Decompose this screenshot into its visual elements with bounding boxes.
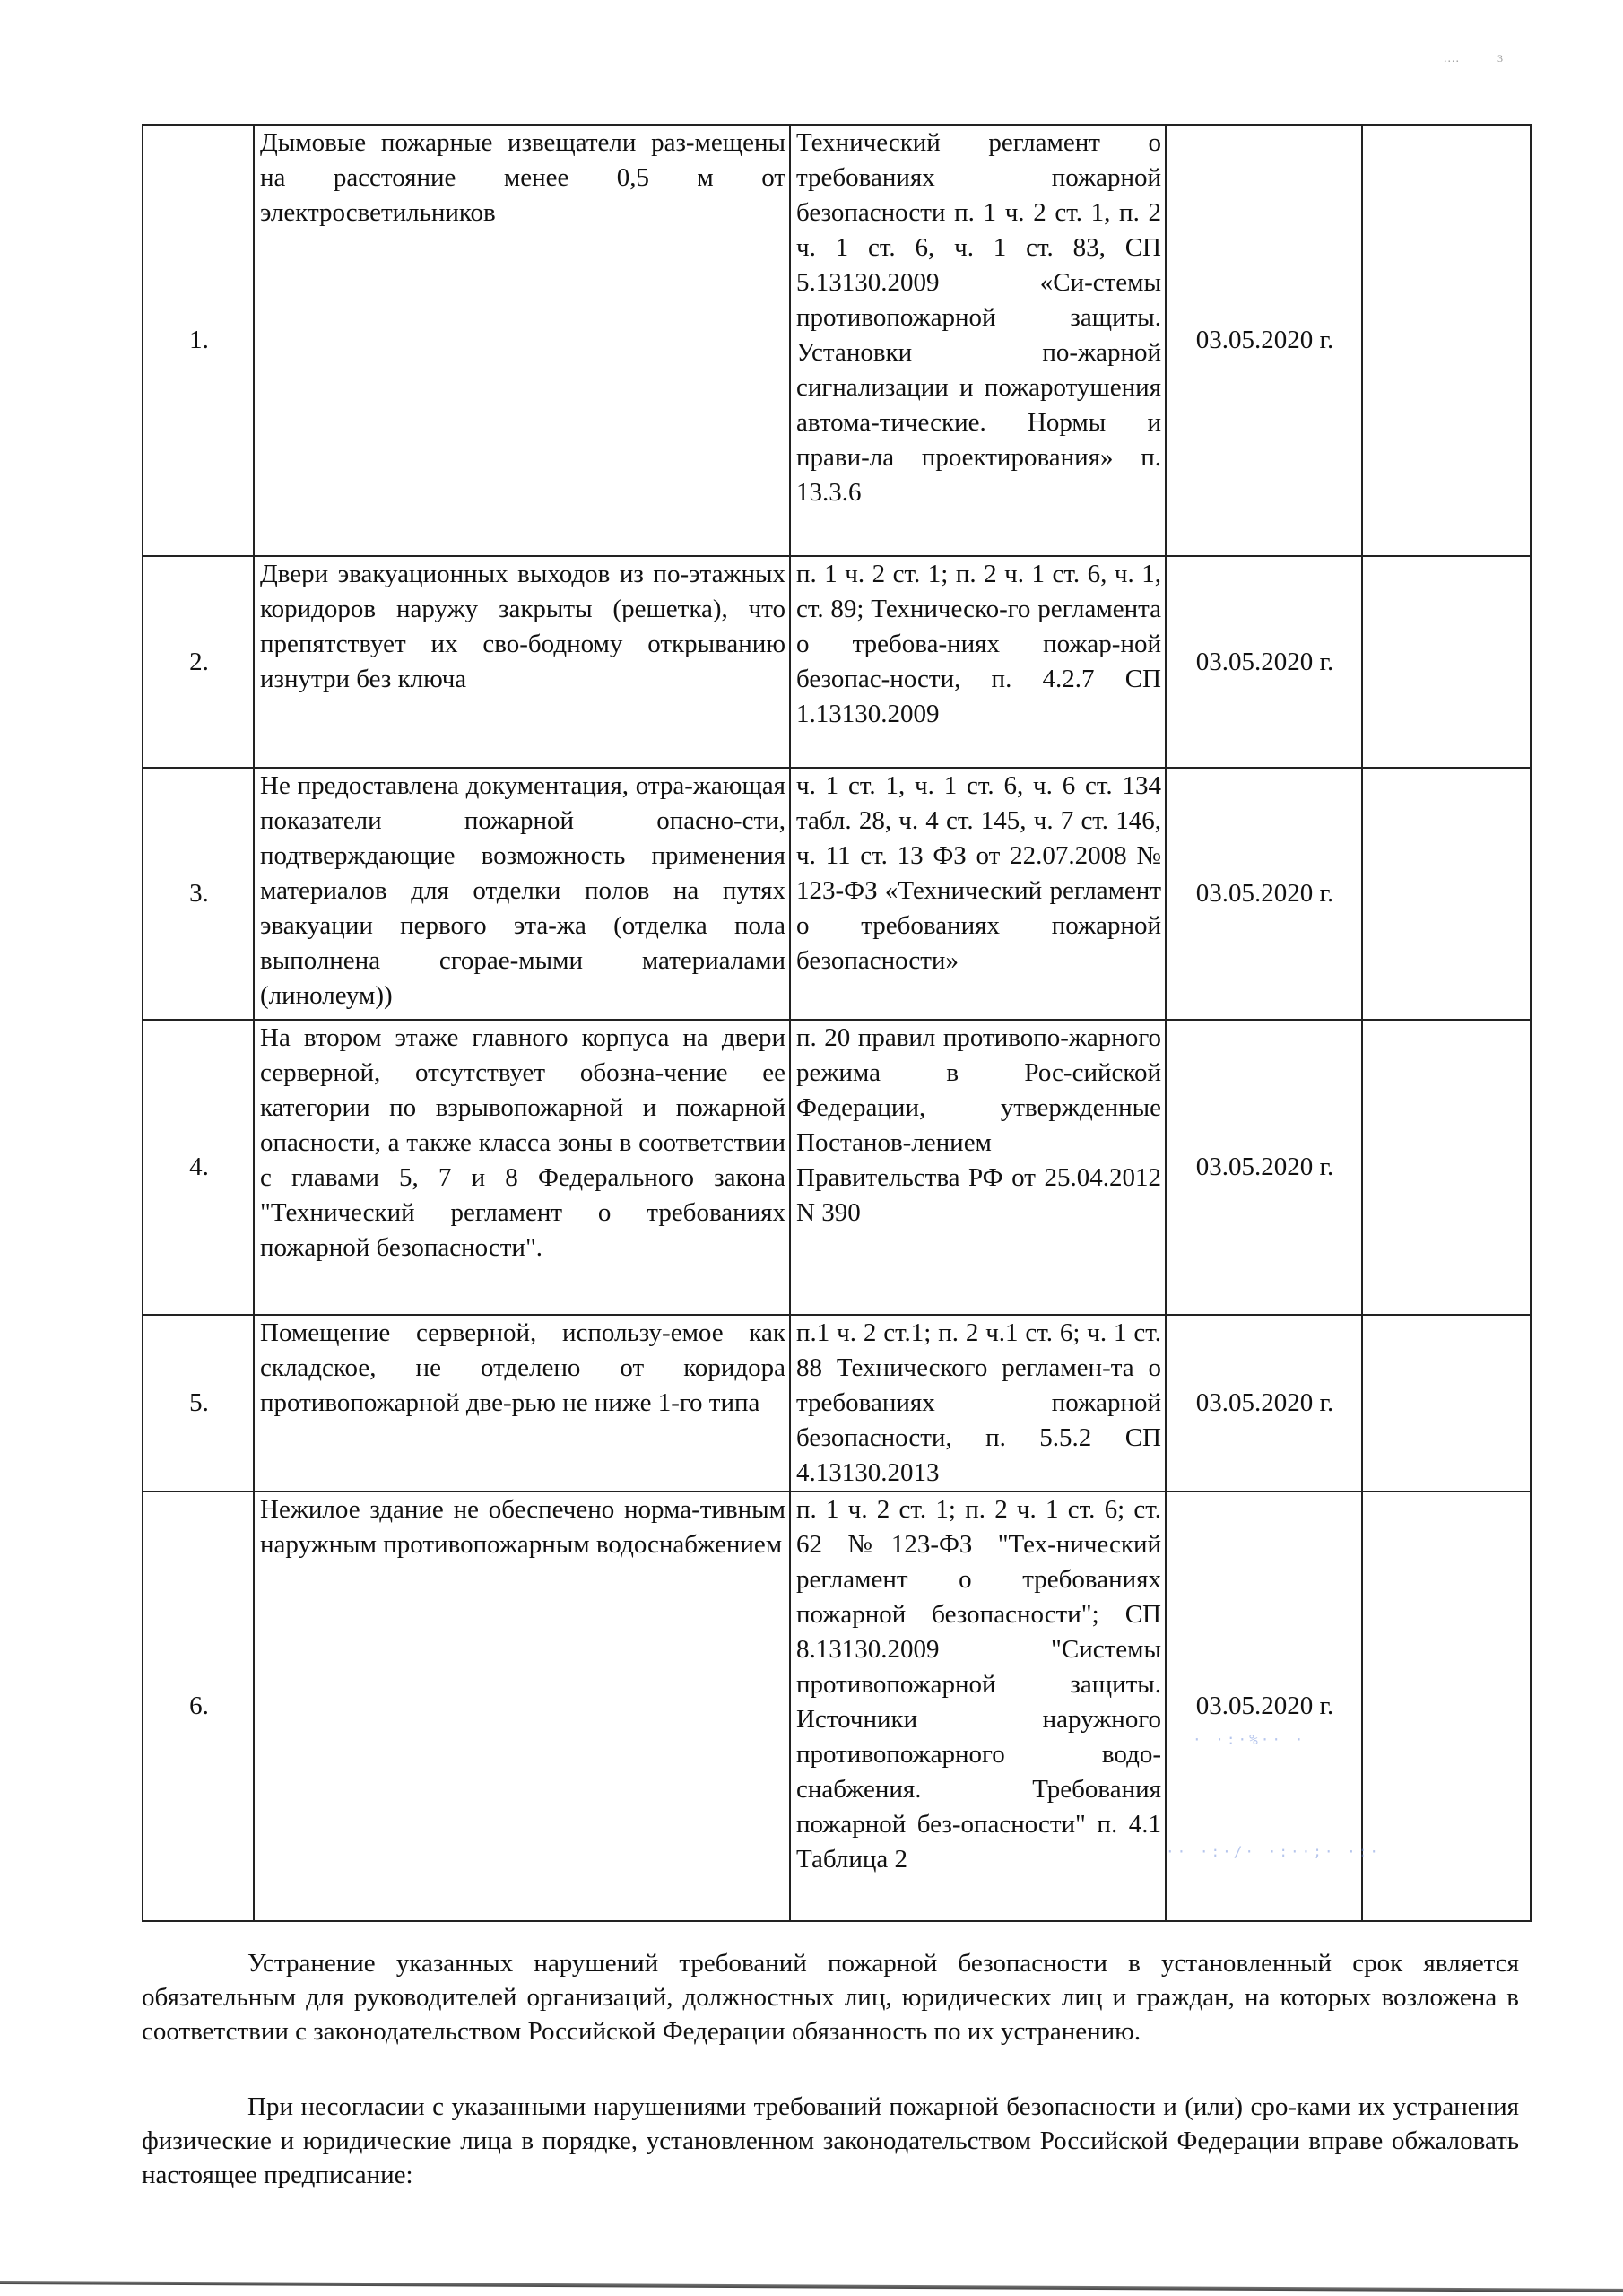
row-number: 4. bbox=[143, 1020, 254, 1315]
legal-reference: ч. 1 ст. 1, ч. 1 ст. 6, ч. 6 ст. 134 таб… bbox=[790, 768, 1166, 1020]
violation-description: Дымовые пожарные извещатели раз-мещены н… bbox=[254, 125, 790, 556]
row-number: 3. bbox=[143, 768, 254, 1020]
deadline-date: 03.05.2020 г. bbox=[1166, 125, 1362, 556]
violation-description: На втором этаже главного корпуса на двер… bbox=[254, 1020, 790, 1315]
violation-description: Двери эвакуационных выходов из по-этажны… bbox=[254, 556, 790, 768]
table-row: 4. На втором этаже главного корпуса на д… bbox=[143, 1020, 1531, 1315]
row-number: 6. bbox=[143, 1492, 254, 1921]
deadline-date: 03.05.2020 г. bbox=[1166, 1020, 1362, 1315]
row-number: 1. bbox=[143, 125, 254, 556]
faded-stamp-trace: · ·:·%·· · bbox=[1193, 1731, 1306, 1748]
deadline-date: 03.05.2020 г. bbox=[1166, 1315, 1362, 1492]
violation-description: Помещение серверной, использу-емое как с… bbox=[254, 1315, 790, 1492]
table-row: 3. Не предоставлена документация, отра-ж… bbox=[143, 768, 1531, 1020]
row-number: 5. bbox=[143, 1315, 254, 1492]
table-row: 2. Двери эвакуационных выходов из по-эта… bbox=[143, 556, 1531, 768]
legal-reference: п. 1 ч. 2 ст. 1; п. 2 ч. 1 ст. 6; ст. 62… bbox=[790, 1492, 1166, 1921]
violation-description: Не предоставлена документация, отра-жающ… bbox=[254, 768, 790, 1020]
page-number: 3 bbox=[1497, 52, 1504, 65]
completion-mark-cell bbox=[1362, 1020, 1531, 1315]
paragraph-obligation: Устранение указанных нарушений требовани… bbox=[142, 1946, 1519, 2048]
row-number: 2. bbox=[143, 556, 254, 768]
table-row: 5. Помещение серверной, использу-емое ка… bbox=[143, 1315, 1531, 1492]
violation-description: Нежилое здание не обеспечено норма-тивны… bbox=[254, 1492, 790, 1921]
table-row: 1. Дымовые пожарные извещатели раз-мещен… bbox=[143, 125, 1531, 556]
deadline-date: 03.05.2020 г. bbox=[1166, 556, 1362, 768]
completion-mark-cell bbox=[1362, 125, 1531, 556]
completion-mark-cell bbox=[1362, 556, 1531, 768]
paragraph-appeal: При несогласии с указанными нарушениями … bbox=[142, 2090, 1519, 2192]
scan-edge-line bbox=[0, 2281, 1623, 2292]
completion-mark-cell bbox=[1362, 1315, 1531, 1492]
page-mark-scribble: .... bbox=[1444, 52, 1460, 65]
legal-reference: п.1 ч. 2 ст.1; п. 2 ч.1 ст. 6; ч. 1 ст. … bbox=[790, 1315, 1166, 1492]
legal-reference: п. 20 правил противопо-жарного режима в … bbox=[790, 1020, 1166, 1315]
legal-reference: п. 1 ч. 2 ст. 1; п. 2 ч. 1 ст. 6, ч. 1, … bbox=[790, 556, 1166, 768]
violations-table: 1. Дымовые пожарные извещатели раз-мещен… bbox=[142, 124, 1532, 1922]
page-number-mark: ....3 bbox=[1444, 52, 1504, 66]
completion-mark-cell bbox=[1362, 768, 1531, 1020]
completion-mark-cell bbox=[1362, 1492, 1531, 1921]
faded-stamp-trace: ·· ·:·/· ·:··;· ·:· bbox=[1166, 1843, 1381, 1860]
legal-reference: Технический регламент о требованиях пожа… bbox=[790, 125, 1166, 556]
deadline-date: 03.05.2020 г. bbox=[1166, 768, 1362, 1020]
